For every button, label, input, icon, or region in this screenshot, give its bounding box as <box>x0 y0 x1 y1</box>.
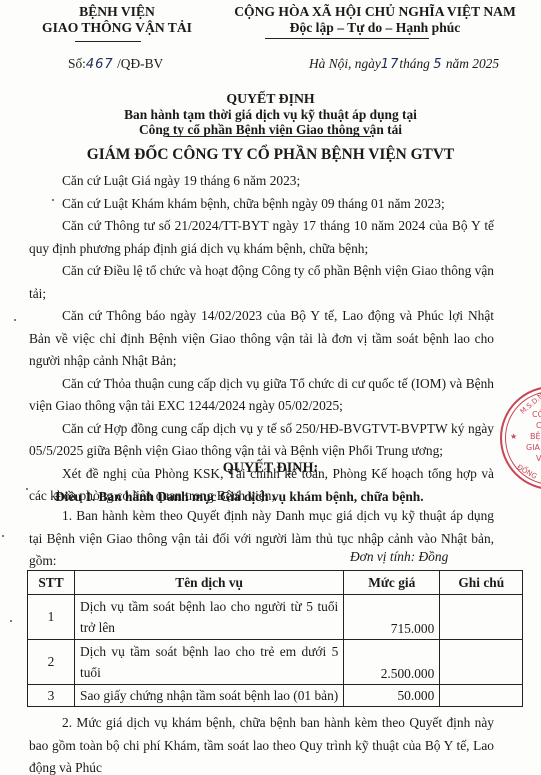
date-day-handwritten: 17 <box>381 57 400 72</box>
seal-bottom-text: ĐỐNG <box>515 463 538 481</box>
motto-underline <box>265 38 429 39</box>
preamble-item: Căn cứ Thông báo ngày 14/02/2023 của Bộ … <box>29 305 494 373</box>
date-month-handwritten: 5 <box>433 57 442 72</box>
cell-note <box>440 595 523 640</box>
table-row: 3 Sao giấy chứng nhận tầm soát bệnh lao … <box>28 685 523 707</box>
date-suffix: năm 2025 <box>446 56 499 71</box>
national-motto: Độc lập – Tự do – Hạnh phúc <box>210 20 540 36</box>
unit-note: Đơn vị tính: Đồng <box>350 549 448 565</box>
org-line-2: GIAO THÔNG VẬN TẢI <box>22 20 212 36</box>
cell-stt: 2 <box>28 640 75 685</box>
preamble-item: Căn cứ Thỏa thuận cung cấp dịch vụ giữa … <box>29 373 494 418</box>
title-underline <box>166 136 371 137</box>
cell-stt: 1 <box>28 595 75 640</box>
preamble-item: Căn cứ Thông tư số 21/2024/TT-BYT ngày 1… <box>29 215 494 260</box>
date-mid: tháng <box>399 56 430 71</box>
article-1-title: Điều 1. Ban hành Danh mục Giá dịch vụ kh… <box>55 489 424 505</box>
preamble-item: Căn cứ Hợp đồng cung cấp dịch vụ y tế số… <box>29 418 494 463</box>
cell-stt: 3 <box>28 685 75 707</box>
national-header: CỘNG HÒA XÃ HỘI CHỦ NGHĨA VIỆT NAM Độc l… <box>210 4 540 36</box>
document-date: Hà Nội, ngày17tháng 5 năm 2025 <box>309 56 499 72</box>
scan-speck <box>10 620 12 622</box>
document-page: BỆNH VIỆN GIAO THÔNG VẬN TẢI CỘNG HÒA XÃ… <box>0 0 541 775</box>
clause-2: 2. Mức giá dịch vụ khám bệnh, chữa bệnh … <box>29 712 494 775</box>
cell-price: 715.000 <box>344 595 440 640</box>
country-name: CỘNG HÒA XÃ HỘI CHỦ NGHĨA VIỆT NAM <box>210 4 540 20</box>
doc-number-handwritten: 467 <box>86 57 114 72</box>
table-header-row: STT Tên dịch vụ Mức giá Ghi chú <box>28 571 523 595</box>
doc-number-prefix: Số: <box>68 56 86 71</box>
table-row: 1 Dịch vụ tầm soát bệnh lao cho người từ… <box>28 595 523 640</box>
decision-heading: QUYẾT ĐỊNH: <box>0 460 541 477</box>
preamble-item: Căn cứ Luật Giá ngày 19 tháng 6 năm 2023… <box>29 170 494 193</box>
cell-service-name: Dịch vụ tầm soát bệnh lao cho người từ 5… <box>75 595 344 640</box>
seal-line: V <box>536 454 541 463</box>
cell-note <box>440 685 523 707</box>
column-header-price: Mức giá <box>344 571 440 595</box>
scan-speck <box>52 199 54 201</box>
decision-title: QUYẾT ĐỊNH <box>0 91 541 107</box>
doc-number-suffix: /QĐ-BV <box>117 56 163 71</box>
authority-heading: GIÁM ĐỐC CÔNG TY CỔ PHẦN BỆNH VIỆN GTVT <box>0 146 541 164</box>
scan-speck <box>26 488 28 490</box>
document-number: Số:467 /QĐ-BV <box>68 56 163 72</box>
date-prefix: Hà Nội, ngày <box>309 56 381 71</box>
seal-line: CÔ <box>532 410 541 419</box>
org-underline <box>75 41 141 42</box>
seal-line: BỆ <box>530 432 541 441</box>
preamble-item: Căn cứ Điều lệ tổ chức và hoạt động Công… <box>29 260 494 305</box>
decision-subtitle-line-1: Ban hành tạm thời giá dịch vụ kỹ thuật á… <box>0 107 541 123</box>
cell-note <box>440 640 523 685</box>
cell-price: 50.000 <box>344 685 440 707</box>
issuing-organization: BỆNH VIỆN GIAO THÔNG VẬN TẢI <box>22 4 212 36</box>
price-table: STT Tên dịch vụ Mức giá Ghi chú 1 Dịch v… <box>27 570 523 707</box>
preamble-item: Căn cứ Luật Khám khám bệnh, chữa bệnh ng… <box>29 193 494 216</box>
seal-line: GIA <box>526 443 540 452</box>
preamble: Căn cứ Luật Giá ngày 19 tháng 6 năm 2023… <box>29 170 494 508</box>
table-row: 2 Dịch vụ tầm soát bệnh lao cho trẻ em d… <box>28 640 523 685</box>
column-header-note: Ghi chú <box>440 571 523 595</box>
cell-service-name: Sao giấy chứng nhận tầm soát bệnh lao (0… <box>75 685 344 707</box>
cell-price: 2.500.000 <box>344 640 440 685</box>
cell-service-name: Dịch vụ tầm soát bệnh lao cho trẻ em dướ… <box>75 640 344 685</box>
column-header-stt: STT <box>28 571 75 595</box>
seal-star-icon: ★ <box>510 432 517 441</box>
scan-speck <box>2 535 4 537</box>
scan-speck <box>14 319 16 321</box>
seal-line: C <box>536 421 541 430</box>
column-header-service: Tên dịch vụ <box>75 571 344 595</box>
org-line-1: BỆNH VIỆN <box>22 4 212 20</box>
